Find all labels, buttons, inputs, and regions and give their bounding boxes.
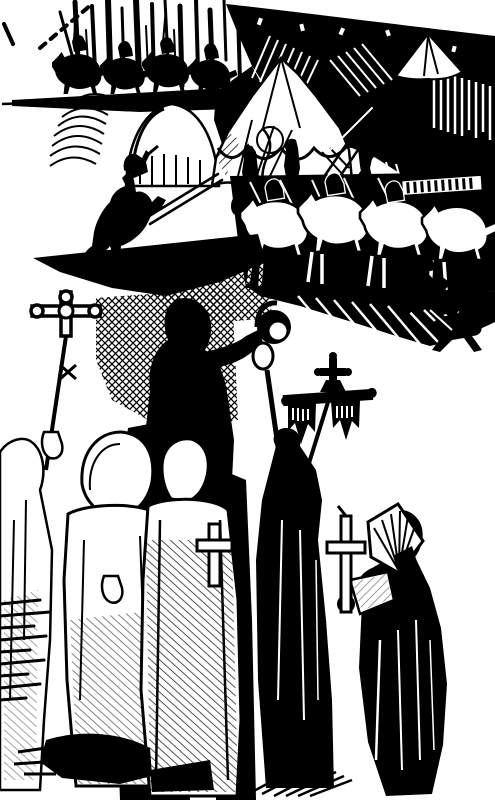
pennant-right: [331, 400, 360, 440]
bowing-monk: [327, 504, 447, 796]
illustration: [0, 0, 495, 800]
hand-on-staff: [42, 432, 62, 458]
monk-center-hood: [162, 439, 208, 501]
illustration-canvas: [0, 0, 495, 800]
hand-on-second-staff: [102, 576, 122, 603]
dark-monk: [256, 428, 334, 788]
